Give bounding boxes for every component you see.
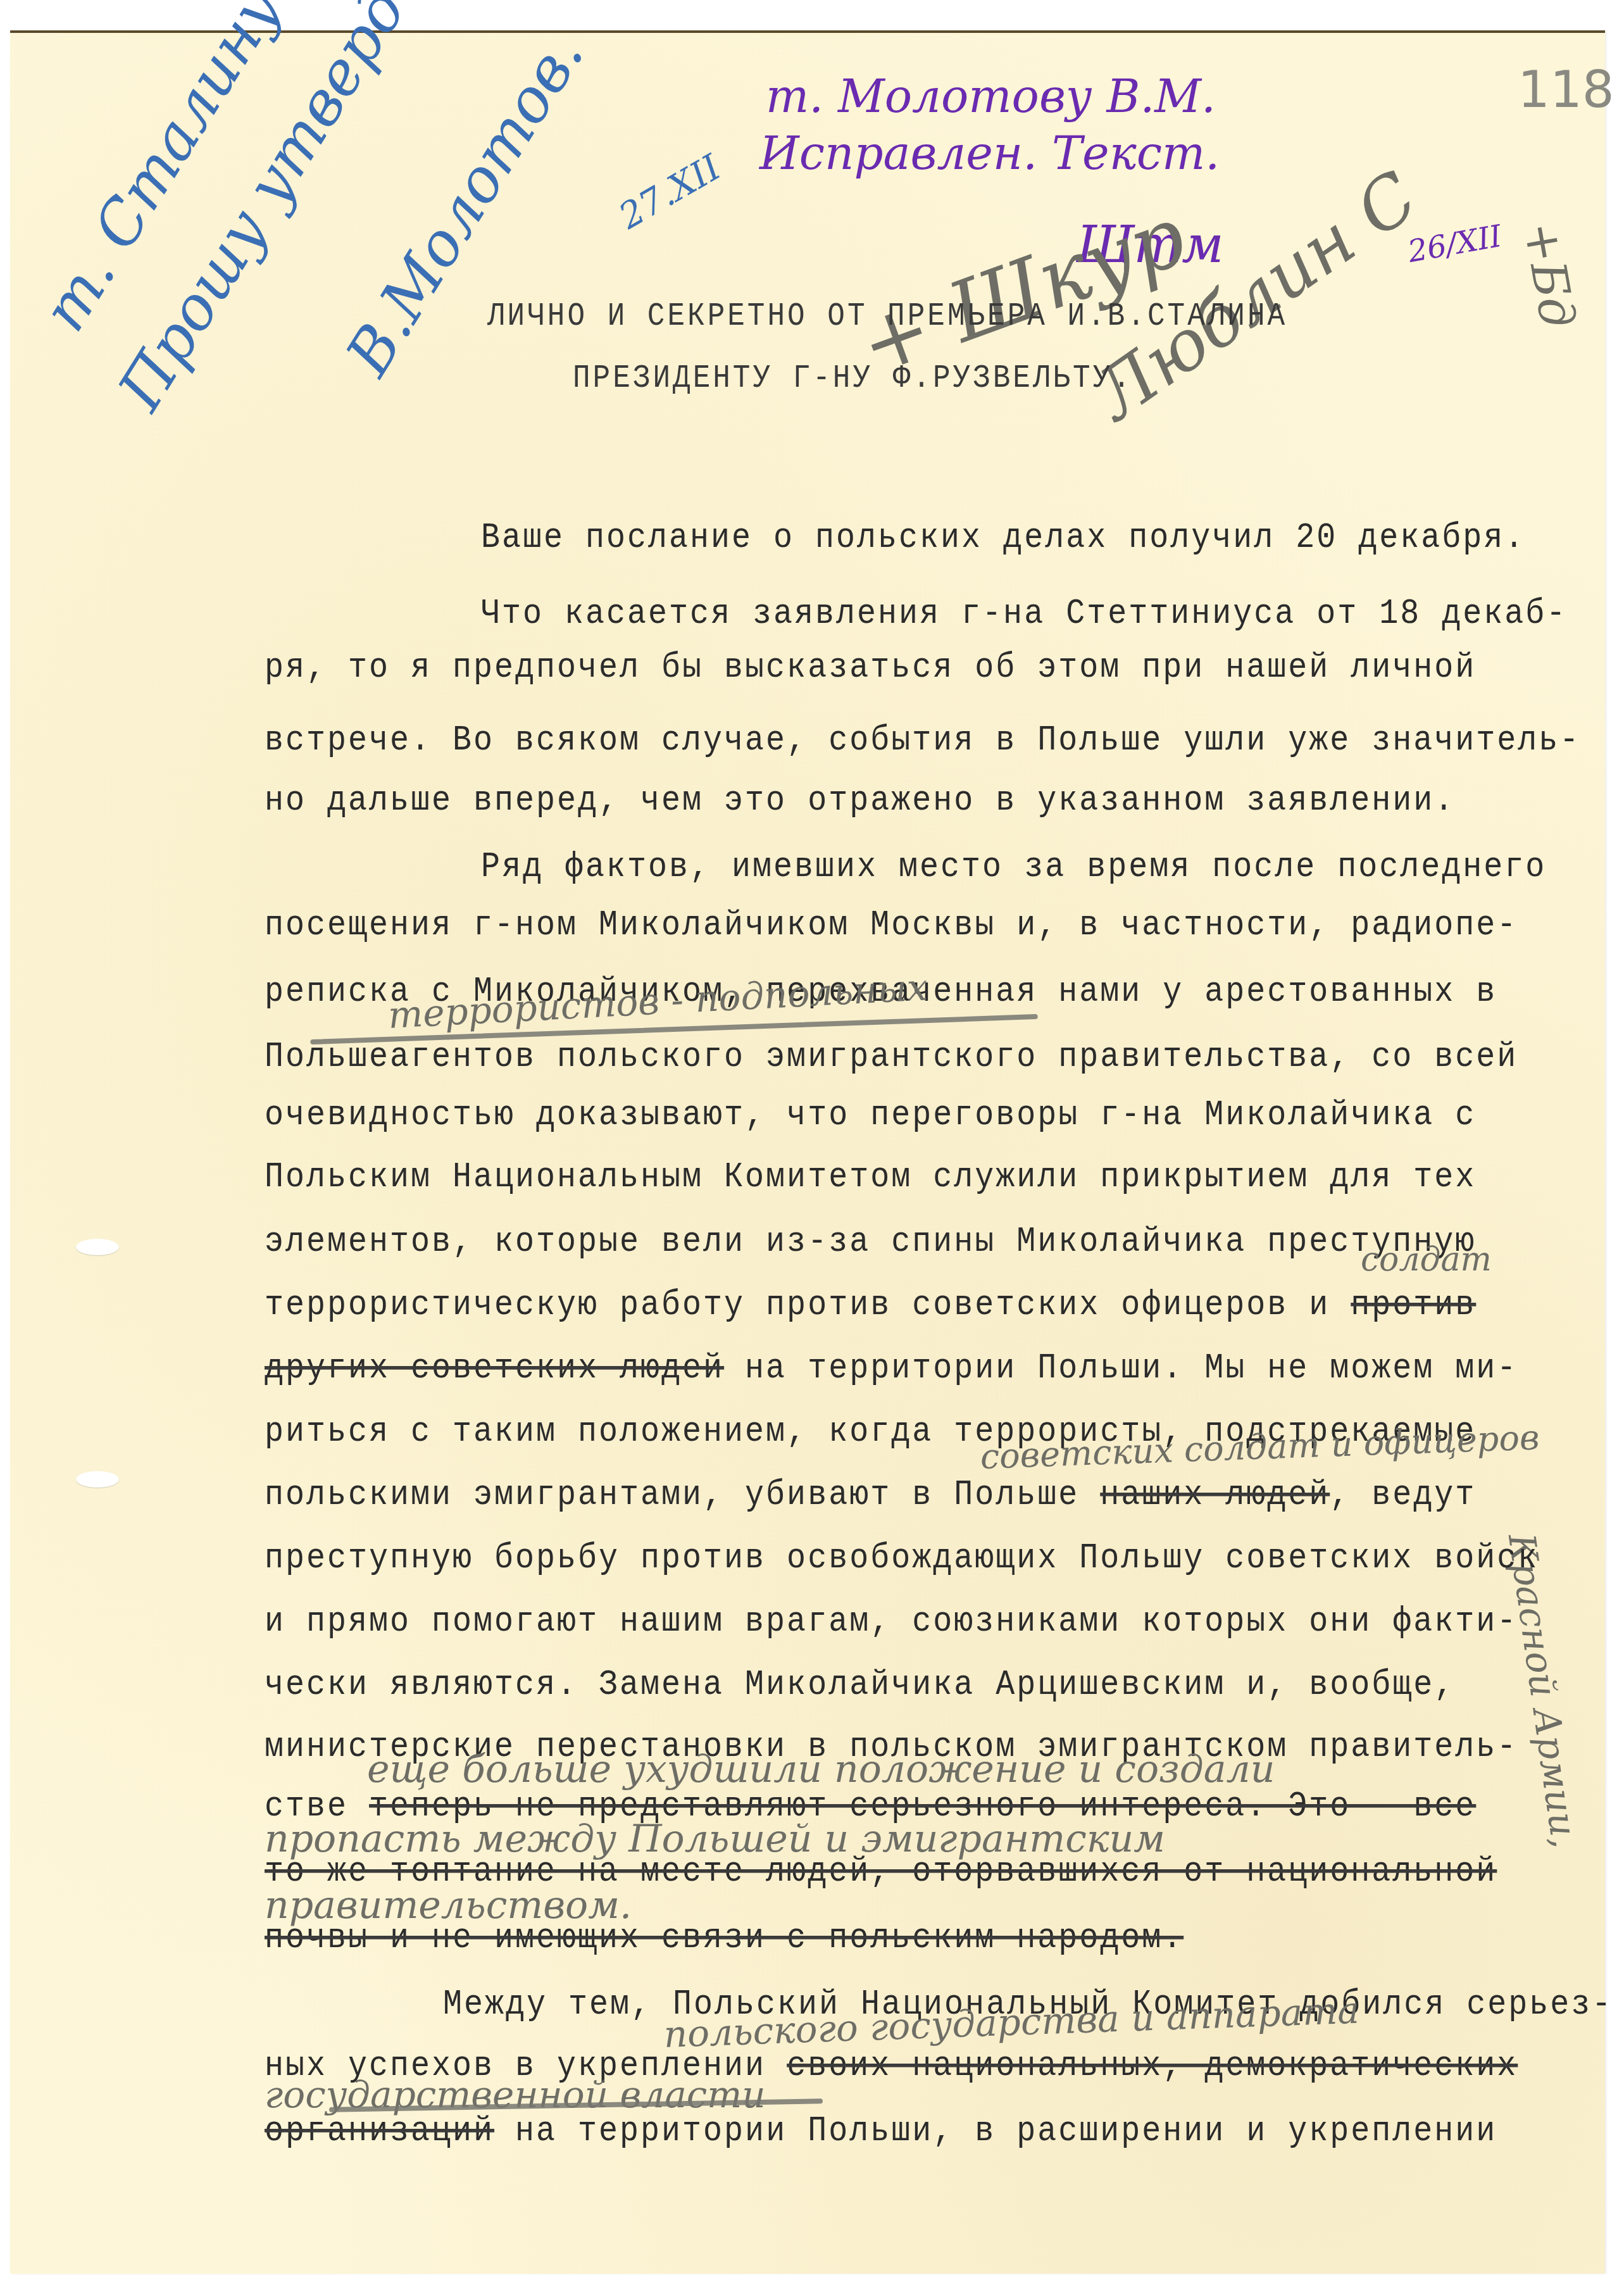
annotation-to-molotov: т. Молотову В.М. — [766, 70, 1216, 123]
body-text: террористическую работу против советских… — [265, 1285, 1351, 1326]
struck-text: почвы и не имеющих связи с польским наро… — [265, 1918, 1184, 1959]
body-line: посещения г-ном Миколайчиком Москвы и, в… — [265, 905, 1518, 946]
struck-text: против — [1351, 1285, 1476, 1326]
body-text: агентов польского эмигрантского правител… — [390, 1037, 1518, 1077]
body-line: Что касается заявления г-на Стеттиниуса … — [481, 594, 1567, 634]
struck-text: других советских людей — [265, 1348, 724, 1389]
body-line: Польским Национальным Комитетом служили … — [265, 1157, 1476, 1198]
struck-text: организаций — [265, 2111, 494, 2152]
folio-number: 118 — [1518, 60, 1615, 119]
body-line-group: других советских людей на территории Пол… — [265, 1348, 1518, 1389]
body-line: преступную борьбу против освобождающих П… — [265, 1538, 1539, 1579]
body-line: Ряд фактов, имевших место за время после… — [481, 847, 1546, 887]
pencil-insert-soldier: солдат — [1361, 1241, 1492, 1279]
punch-hole — [76, 1239, 119, 1255]
punch-hole — [76, 1471, 119, 1488]
body-line: элементов, которые вели из-за спины Мико… — [265, 1222, 1476, 1262]
struck-text: наших людей — [1100, 1475, 1330, 1515]
body-line: очевидностью доказывают, что переговоры … — [265, 1095, 1476, 1136]
body-text: польскими эмигрантами, убивают в Польше — [265, 1475, 1100, 1515]
body-line-group: польскими эмигрантами, убивают в Польше … — [265, 1475, 1476, 1515]
body-line: но дальше вперед, чем это отражено в ука… — [265, 781, 1455, 821]
body-line-group: организаций на территории Польши, в расш… — [265, 2111, 1497, 2152]
body-text: , ведут — [1330, 1475, 1476, 1515]
body-line: встрече. Во всяком случае, события в Пол… — [265, 720, 1580, 761]
body-text: Польше — [265, 1037, 390, 1077]
heading-line-1: ЛИЧНО И СЕКРЕТНО ОТ ПРЕМЬЕРА И.В.СТАЛИНА — [487, 298, 1287, 334]
body-text: на территории Польши, в расширении и укр… — [494, 2111, 1497, 2152]
body-line: и прямо помогают нашим врагам, союзникам… — [265, 1602, 1518, 1642]
body-line-group: почвы и не имеющих связи с польским наро… — [265, 1918, 1184, 1959]
struck-text: своих национальных, демократических — [787, 2046, 1518, 2086]
body-text: на территории Польши. Мы не можем ми- — [724, 1348, 1518, 1389]
body-line-group: Польшеагентов польского эмигрантского пр… — [265, 1037, 1518, 1077]
body-line: чески являются. Замена Миколайчика Арциш… — [265, 1665, 1455, 1705]
heading-line-2: ПРЕЗИДЕНТУ г-ну Ф.РУЗВЕЛЬТУ. — [573, 360, 1133, 396]
annotation-corrected-text: Исправлен. Текст. — [759, 127, 1220, 180]
body-line: ря, то я предпочел бы высказаться об это… — [265, 648, 1476, 688]
pencil-insert-worsened: еще больше ухудшили положение и создали — [367, 1747, 1275, 1791]
body-line: Ваше послание о польских делах получил 2… — [481, 518, 1525, 558]
body-line-group: террористическую работу против советских… — [265, 1285, 1476, 1326]
